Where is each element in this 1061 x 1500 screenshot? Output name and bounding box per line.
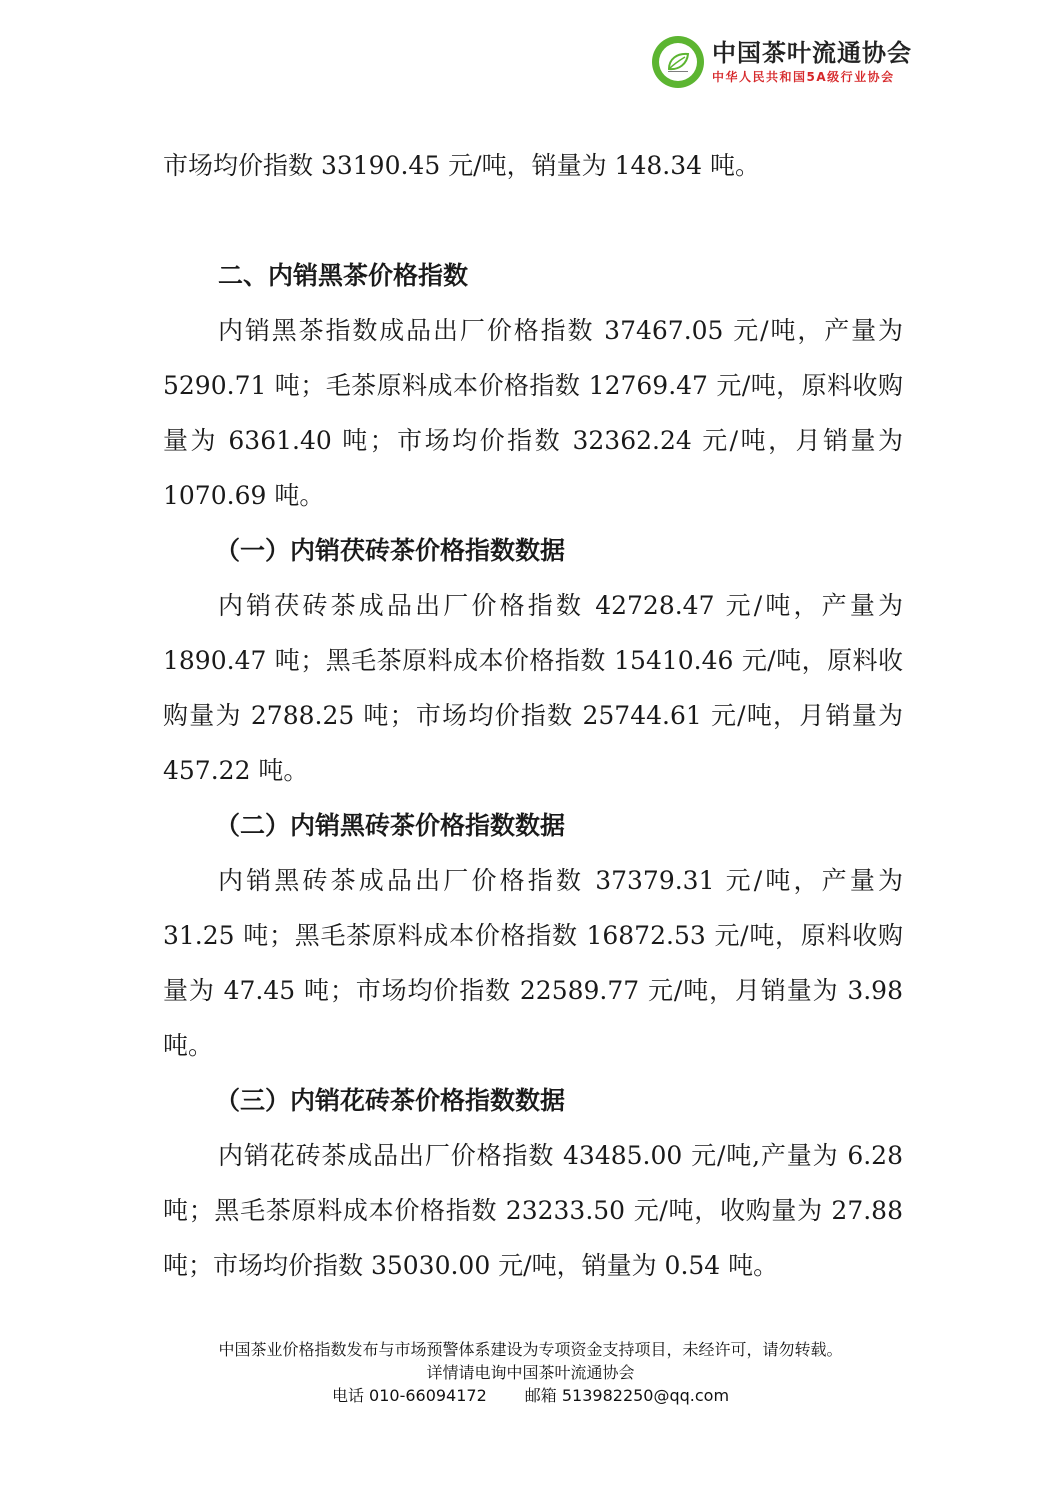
document-body: 市场均价指数 33190.45 元/吨，销量为 148.34 吨。 二、内销黑茶… [163, 138, 903, 1293]
org-logo: 中国茶叶流通协会 中华人民共和国5A级行业协会 [652, 36, 912, 88]
subsection-heading-fuzhuan: （一）内销茯砖茶价格指数数据 [163, 523, 903, 578]
page-footer: 中国茶业价格指数发布与市场预警体系建设为专项资金支持项目，未经许可，请勿转载。 … [0, 1338, 1061, 1407]
subsection-heading-huazhuan: （三）内销花砖茶价格指数数据 [163, 1073, 903, 1128]
org-name: 中国茶叶流通协会 [712, 39, 912, 67]
section-paragraph: 内销黑茶指数成品出厂价格指数 37467.05 元/吨，产量为5290.71 吨… [163, 303, 903, 523]
section-heading: 二、内销黑茶价格指数 [163, 248, 903, 303]
email-address: 邮箱 513982250@qq.com [525, 1386, 729, 1405]
intro-paragraph: 市场均价指数 33190.45 元/吨，销量为 148.34 吨。 [163, 138, 903, 193]
subsection-paragraph-fuzhuan: 内销茯砖茶成品出厂价格指数 42728.47 元/吨，产量为1890.47 吨；… [163, 578, 903, 798]
subsection-paragraph-heizhuan: 内销黑砖茶成品出厂价格指数 37379.31 元/吨，产量为31.25 吨；黑毛… [163, 853, 903, 1073]
phone-number: 电话 010-66094172 [332, 1386, 487, 1405]
tea-leaf-badge-icon [652, 36, 704, 88]
org-subtitle: 中华人民共和国5A级行业协会 [712, 69, 912, 85]
copyright-notice: 中国茶业价格指数发布与市场预警体系建设为专项资金支持项目，未经许可，请勿转载。 [0, 1338, 1061, 1361]
contact-info: 电话 010-66094172邮箱 513982250@qq.com [0, 1384, 1061, 1407]
subsection-heading-heizhuan: （二）内销黑砖茶价格指数数据 [163, 798, 903, 853]
subsection-paragraph-huazhuan: 内销花砖茶成品出厂价格指数 43485.00 元/吨,产量为 6.28 吨；黑毛… [163, 1128, 903, 1293]
contact-notice: 详情请电询中国茶叶流通协会 [0, 1361, 1061, 1384]
spacer [163, 193, 903, 248]
